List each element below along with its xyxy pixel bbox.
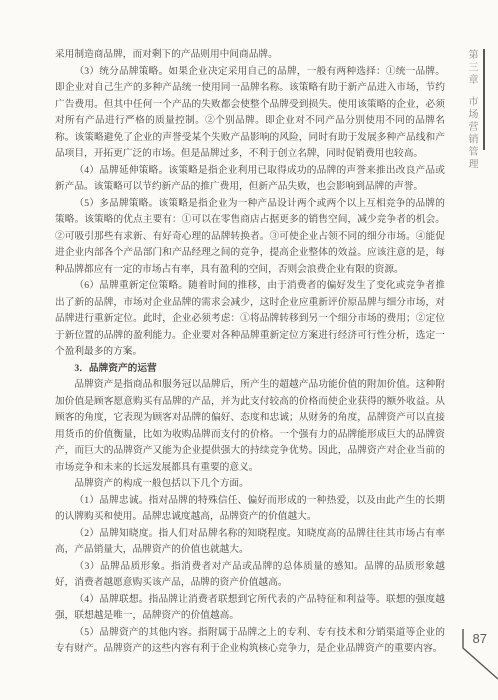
paragraph: 品牌资产的构成一般包括以下几个方面。 [55,476,445,493]
book-page: 采用制造商品牌，而对剩下的产品则用中间商品牌。（3）统分品牌策略。如果企业决定采… [0,0,498,700]
paragraph: （5）多品牌策略。该策略是指企业为一种产品设计两个或两个以上互相竞争的品牌的策略… [55,196,445,279]
sidebar-chapter-text: 第三章 市场营销管理 [464,49,479,171]
page-number: 87 [473,631,487,646]
paragraph: （3）品牌品质形象。指消费者对产品或品牌的总体质量的感知。品牌的品质形象越好，消… [55,559,445,592]
paragraph: （5）品牌资产的其他内容。指附属于品牌之上的专利、专有技术和分销渠道等企业的专有… [55,625,445,658]
paragraph: 采用制造商品牌，而对剩下的产品则用中间商品牌。 [55,47,445,64]
paragraph: （4）品牌延伸策略。该策略是指企业利用已取得成功的品牌的声誉来推出改良产品或新产… [55,163,445,196]
chapter-number-label: 第三章 [464,49,479,87]
paragraph: （3）统分品牌策略。如果企业决定采用自己的品牌，一般有两种选择：①统一品牌。即企… [55,64,445,163]
paragraph: （2）品牌知晓度。指人们对品牌名称的知晓程度。知晓度高的品牌往往其市场占有率高，… [55,526,445,559]
paragraph: 品牌资产是指商品和服务冠以品牌后，所产生的超越产品功能价值的附加价值。这种附加价… [55,377,445,476]
sidebar-rule [483,49,485,150]
section-heading: 3．品牌资产的运营 [55,361,445,378]
page-body-text: 采用制造商品牌，而对剩下的产品则用中间商品牌。（3）统分品牌策略。如果企业决定采… [55,47,445,658]
paragraph: （4）品牌联想。指品牌让消费者联想到它所代表的产品特征和利益等。联想的强度越强，… [55,592,445,625]
chapter-title-label: 市场营销管理 [464,96,479,171]
paragraph: （1）品牌忠诚。指对品牌的特殊信任、偏好而形成的一种热爱，以及由此产生的长期的认… [55,493,445,526]
paragraph: （6）品牌重新定位策略。随着时间的推移，由于消费者的偏好发生了变化或竞争者推出了… [55,278,445,361]
sidebar-chapter-header: 第三章 市场营销管理 [464,49,485,171]
